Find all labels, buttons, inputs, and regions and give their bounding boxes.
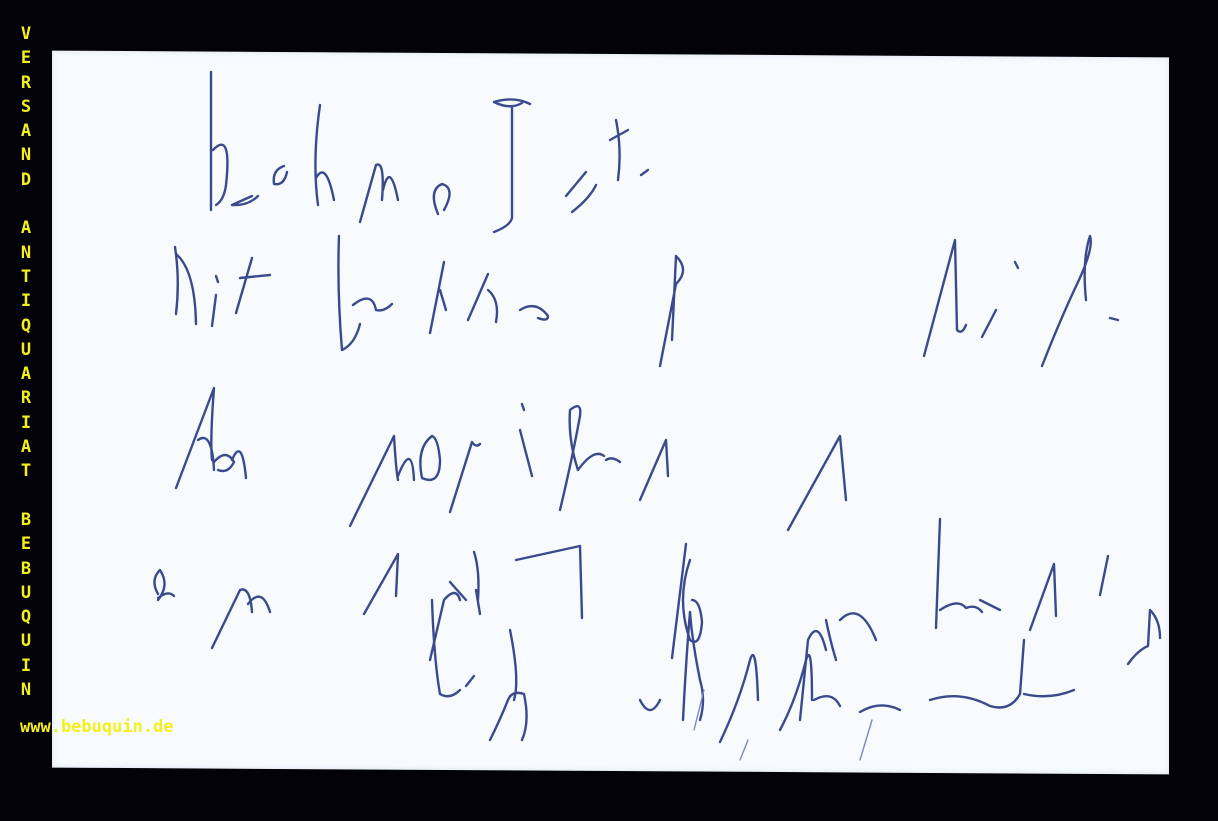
watermark-url: www.bebuquin.de: [20, 717, 174, 737]
handwriting-ink: [0, 0, 1218, 821]
